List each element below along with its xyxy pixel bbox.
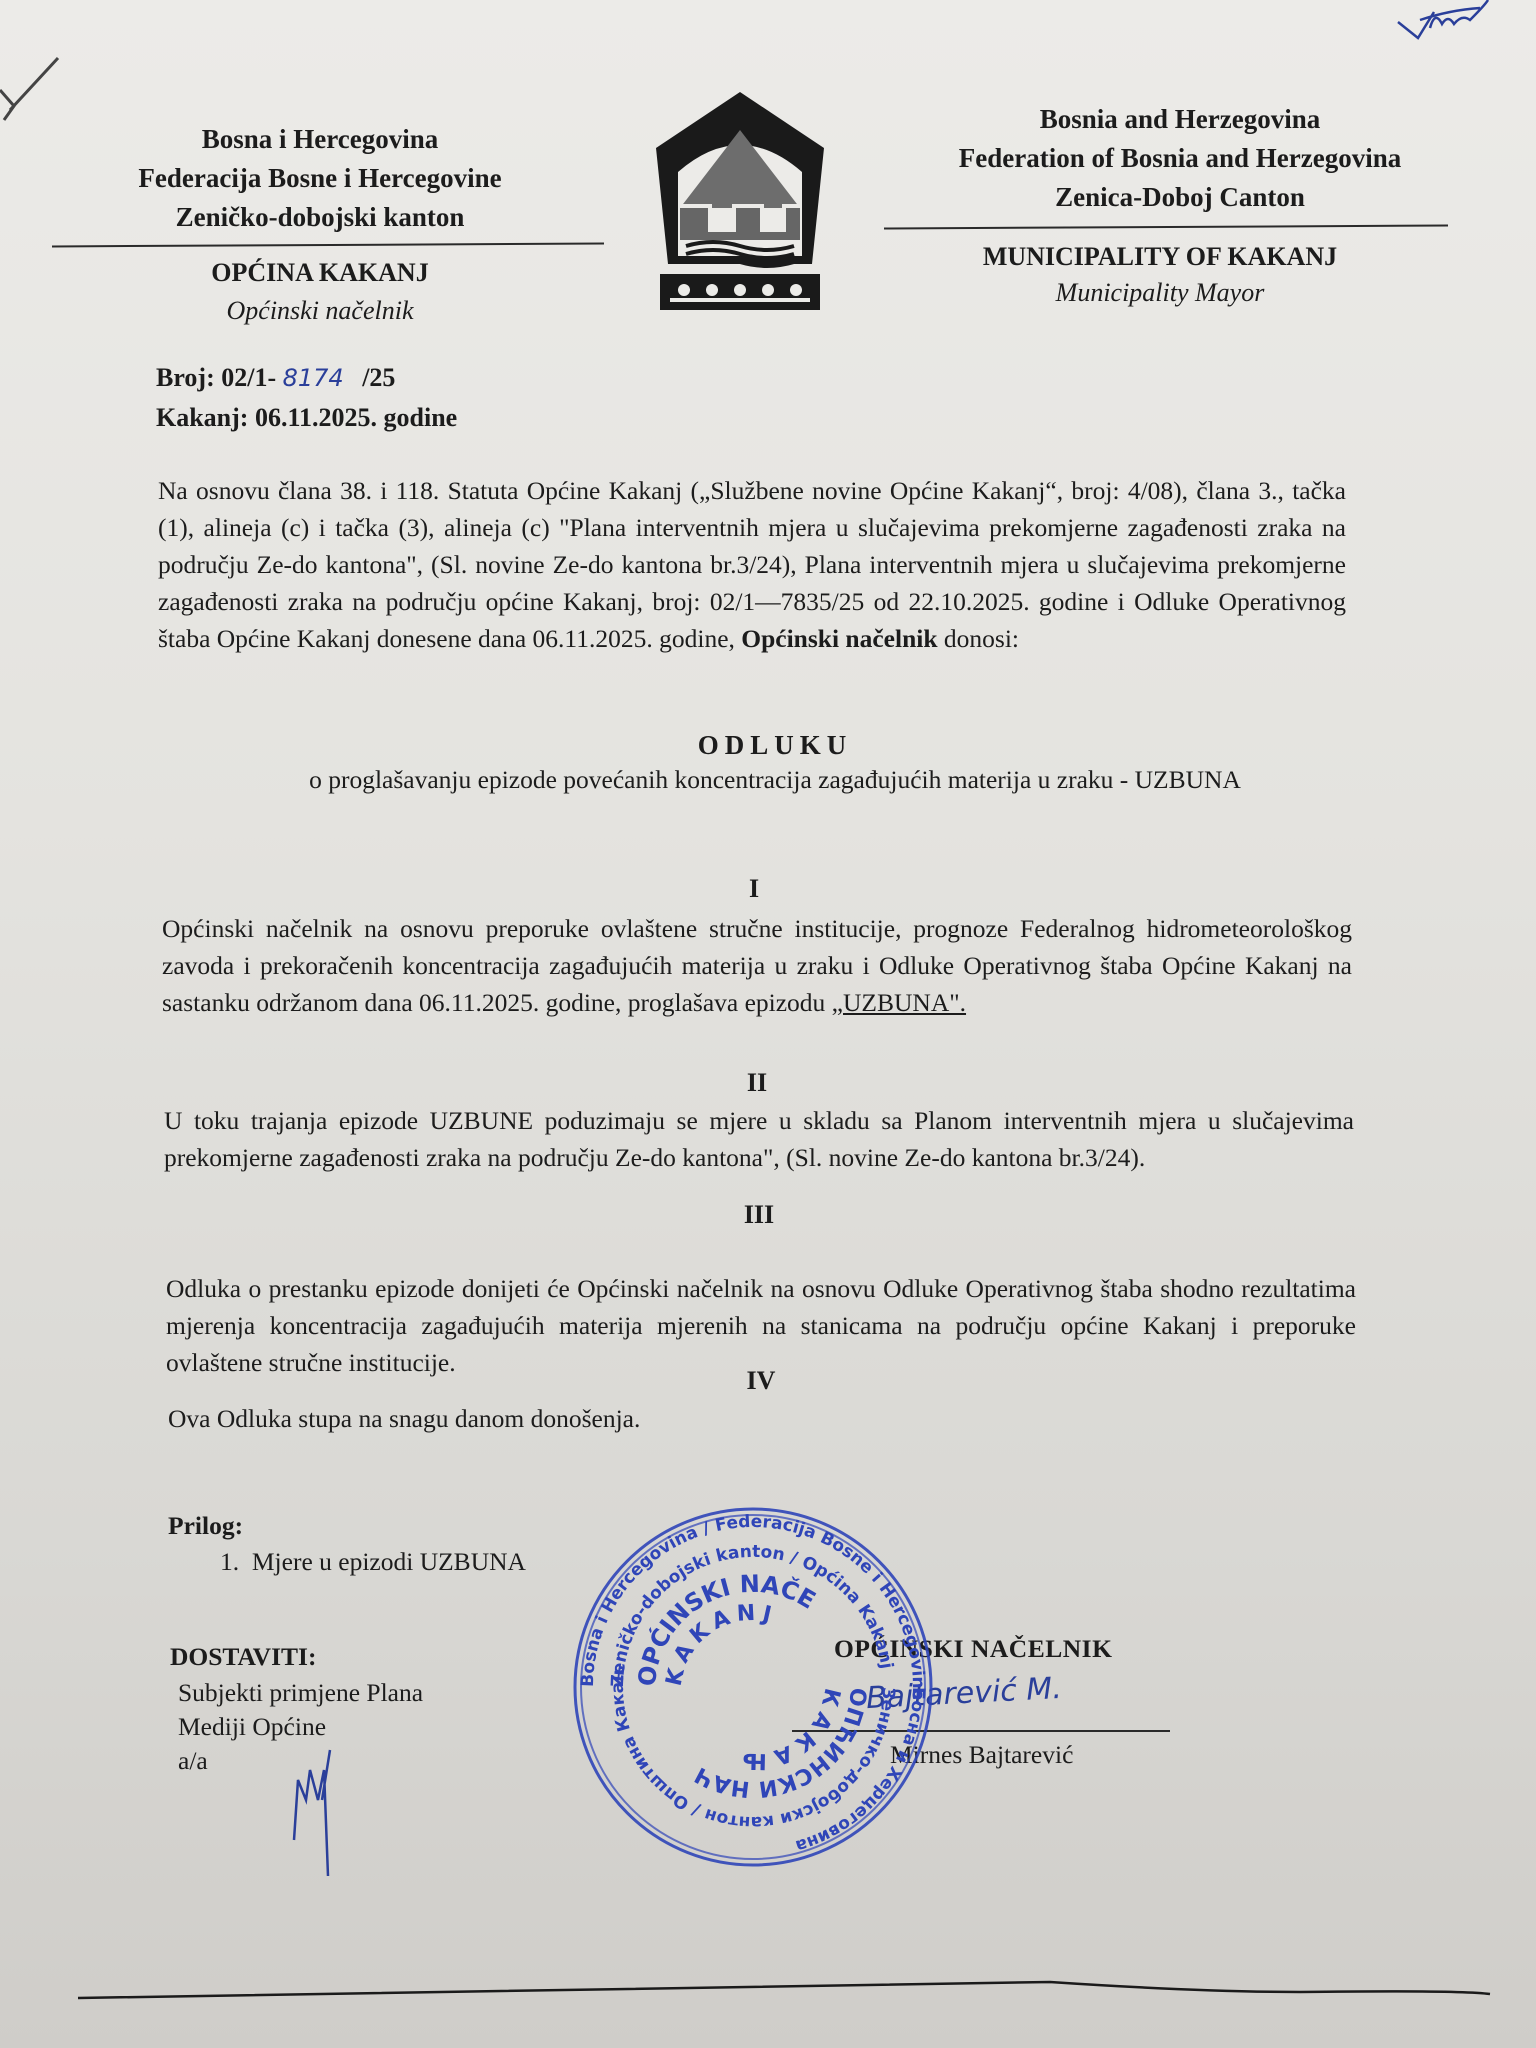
header-left-office: OPĆINA KAKANJ xyxy=(60,258,580,288)
delivery-item: Mediji Općine xyxy=(170,1710,423,1744)
footer-rule xyxy=(0,1980,1536,2010)
decision-heading: ODLUKU o proglašavanju epizode povećanih… xyxy=(160,730,1390,795)
header-right-country: Bosnia and Herzegovina xyxy=(900,100,1460,139)
article-1-uzbuna: UZBUNA". xyxy=(843,988,966,1017)
kakanj-coat-of-arms-icon xyxy=(652,88,828,312)
header-right-canton: Zenica-Doboj Canton xyxy=(900,178,1460,217)
article-2-numeral: II xyxy=(162,1068,1352,1098)
header-left: Bosna i Hercegovina Federacija Bosne i H… xyxy=(60,120,580,237)
reference-handwritten-number: 8174 xyxy=(283,364,344,392)
reference-suffix: /25 xyxy=(362,363,395,392)
header-left-divider xyxy=(52,243,604,248)
delivery-item: Subjekti primjene Plana xyxy=(170,1676,423,1710)
delivery-label: DOSTAVITI: xyxy=(170,1640,423,1674)
decision-title: ODLUKU xyxy=(160,730,1390,761)
place-date: Kakanj: 06.11.2025. godine xyxy=(156,398,457,438)
article-2-text: U toku trajanja epizode UZBUNE poduzimaj… xyxy=(164,1102,1354,1176)
header-left-country: Bosna i Hercegovina xyxy=(60,120,580,159)
reference-label: Broj: 02/1- xyxy=(156,363,276,392)
decision-subtitle: o proglašavanju epizode povećanih koncen… xyxy=(160,765,1390,795)
header-right-office-block: MUNICIPALITY OF KAKANJ Municipality Mayo… xyxy=(880,242,1440,308)
article-3-numeral: III xyxy=(164,1200,1354,1230)
attachment-item: 1. Mjere u epizodi UZBUNA xyxy=(168,1544,526,1580)
article-3-text: Odluka o prestanku epizode donijeti će O… xyxy=(166,1270,1356,1381)
document-meta: Broj: 02/1- 8174 /25 Kakanj: 06.11.2025.… xyxy=(156,358,457,438)
attachment-label: Prilog: xyxy=(168,1508,526,1544)
preamble-bold: Općinski načelnik xyxy=(741,624,937,653)
header-right-office: MUNICIPALITY OF KAKANJ xyxy=(880,242,1440,272)
preamble-end: donosi: xyxy=(938,624,1019,653)
header-left-role: Općinski načelnik xyxy=(60,296,580,326)
article-1-body: Općinski načelnik na osnovu preporuke ov… xyxy=(162,914,1352,1017)
header-left-canton: Zeničko-dobojski kanton xyxy=(60,198,580,237)
header-right: Bosnia and Herzegovina Federation of Bos… xyxy=(900,100,1460,217)
header-right-role: Municipality Mayor xyxy=(880,278,1440,308)
attachment-block: Prilog: 1. Mjere u epizodi UZBUNA xyxy=(168,1508,526,1580)
svg-text:КАКАЊ: КАКАЊ xyxy=(736,1686,845,1774)
header-left-federation: Federacija Bosne i Hercegovine xyxy=(60,159,580,198)
article-1-text: Općinski načelnik na osnovu preporuke ov… xyxy=(162,910,1352,1021)
pen-mark-icon xyxy=(0,50,80,130)
official-stamp-icon: Bosna i Hercegovina / Federacija Bosne i… xyxy=(568,1502,938,1872)
article-1-numeral: I xyxy=(160,874,1348,904)
handwritten-initial-icon xyxy=(1390,0,1530,45)
header-right-divider xyxy=(884,225,1448,230)
reference-number: Broj: 02/1- 8174 /25 xyxy=(156,358,457,398)
header-right-federation: Federation of Bosnia and Herzegovina xyxy=(900,139,1460,178)
header-left-office-block: OPĆINA KAKANJ Općinski načelnik xyxy=(60,258,580,326)
handwritten-initials-icon xyxy=(290,1740,350,1880)
article-4-numeral: IV xyxy=(166,1366,1356,1396)
preamble: Na osnovu člana 38. i 118. Statuta Općin… xyxy=(158,472,1346,657)
article-4-text: Ova Odluka stupa na snagu danom donošenj… xyxy=(168,1400,1358,1437)
